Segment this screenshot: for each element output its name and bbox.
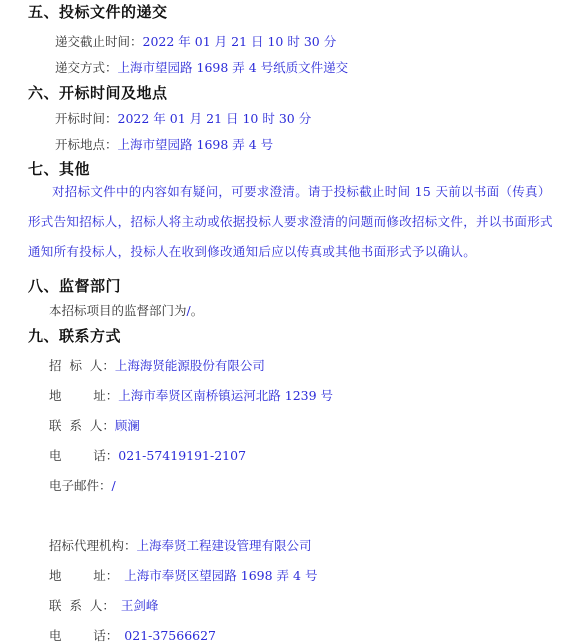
tenderer-address-row: 地 址：上海市奉贤区南桥镇运河北路 1239 号: [49, 386, 333, 404]
section-8-heading: 八、监督部门: [28, 275, 121, 296]
agency-address-label: 地 址：: [49, 568, 118, 583]
tenderer-name-row: 招 标 人：上海海贤能源股份有限公司: [49, 356, 265, 374]
agency-address-value: 上海市奉贤区望园路 1698 弄 4 号: [124, 568, 317, 583]
opening-place-row: 开标地点：上海市望园路 1698 弄 4 号: [55, 135, 273, 153]
submission-method-row: 递交方式：上海市望园路 1698 弄 4 号纸质文件递交: [55, 58, 348, 76]
section-9-heading: 九、联系方式: [28, 325, 121, 346]
submission-method-label: 递交方式：: [55, 60, 118, 75]
supervision-text-suffix: 。: [191, 303, 204, 318]
section-6-heading: 六、开标时间及地点: [28, 82, 168, 103]
agency-name-value: 上海奉贤工程建设管理有限公司: [137, 538, 312, 553]
agency-name-label: 招标代理机构：: [49, 538, 137, 553]
tenderer-phone-row: 电 话：021-57419191-2107: [49, 446, 246, 464]
tenderer-contact-label: 联 系 人：: [49, 418, 115, 433]
agency-address-row: 地 址：上海市奉贤区望园路 1698 弄 4 号: [49, 566, 317, 584]
submission-deadline-row: 递交截止时间：2022 年 01 月 21 日 10 时 30 分: [55, 32, 336, 50]
opening-time-value: 2022 年 01 月 21 日 10 时 30 分: [118, 111, 312, 126]
agency-name-row: 招标代理机构：上海奉贤工程建设管理有限公司: [49, 536, 312, 554]
agency-contact-row: 联 系 人：王剑峰: [49, 596, 158, 614]
tenderer-phone-label: 电 话：: [49, 448, 118, 463]
tenderer-name-value: 上海海贤能源股份有限公司: [115, 358, 265, 373]
opening-time-row: 开标时间：2022 年 01 月 21 日 10 时 30 分: [55, 109, 311, 127]
agency-phone-value: 021-37566627: [124, 628, 216, 643]
opening-place-value: 上海市望园路 1698 弄 4 号: [118, 137, 274, 152]
tenderer-address-label: 地 址：: [49, 388, 118, 403]
opening-place-label: 开标地点：: [55, 137, 118, 152]
submission-deadline-value: 2022 年 01 月 21 日 10 时 30 分: [143, 34, 337, 49]
tenderer-name-label: 招 标 人：: [49, 358, 115, 373]
agency-contact-value: 王剑峰: [121, 598, 159, 613]
agency-phone-label: 电 话：: [49, 628, 118, 643]
clarification-text: 对招标文件中的内容如有疑问，可要求澄清。请于投标截止时间 15 天前以书面（传真…: [28, 184, 553, 259]
tenderer-phone-value: 021-57419191-2107: [118, 448, 246, 463]
submission-method-value: 上海市望园路 1698 弄 4 号纸质文件递交: [118, 60, 349, 75]
submission-deadline-label: 递交截止时间：: [55, 34, 143, 49]
tenderer-address-value: 上海市奉贤区南桥镇运河北路 1239 号: [118, 388, 333, 403]
tenderer-contact-row: 联 系 人：顾澜: [49, 416, 140, 434]
section-7-heading: 七、其他: [28, 158, 90, 179]
section-5-heading: 五、投标文件的递交: [28, 1, 168, 22]
tenderer-email-value: /: [112, 478, 116, 493]
agency-phone-row: 电 话：021-37566627: [49, 626, 216, 643]
supervision-text-row: 本招标项目的监督部门为/。: [49, 301, 203, 319]
opening-time-label: 开标时间：: [55, 111, 118, 126]
clarification-paragraph: 对招标文件中的内容如有疑问，可要求澄清。请于投标截止时间 15 天前以书面（传真…: [28, 177, 563, 267]
tenderer-email-label: 电子邮件：: [49, 478, 112, 493]
agency-contact-label: 联 系 人：: [49, 598, 115, 613]
supervision-text-prefix: 本招标项目的监督部门为: [49, 303, 187, 318]
tenderer-email-row: 电子邮件：/: [49, 476, 116, 494]
tenderer-contact-value: 顾澜: [115, 418, 140, 433]
